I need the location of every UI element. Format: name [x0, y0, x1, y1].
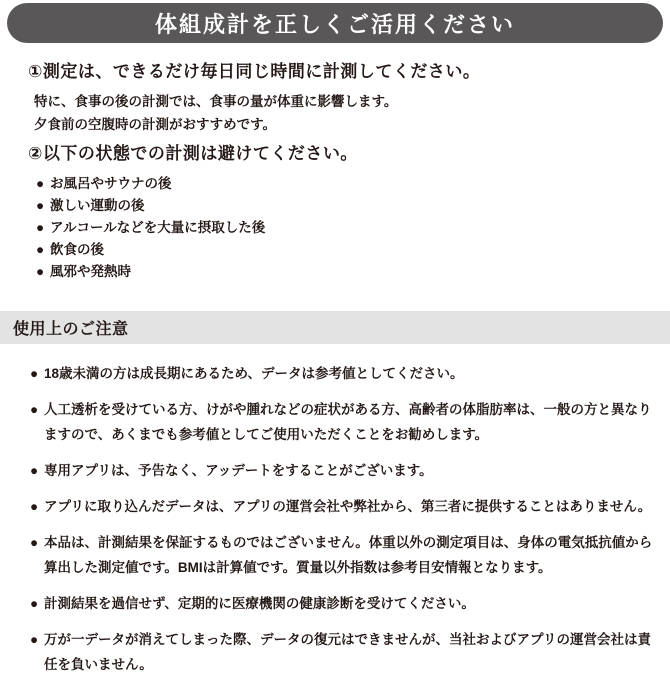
note-text: 夕食前の空腹時の計測がおすすめです。	[34, 117, 276, 132]
usage-guide-section: ①測定は、できるだけ毎日同じ時間に計測してください。 特に、食事の後の計測では、…	[0, 43, 670, 283]
step-2: ②以下の状態での計測は避けてください。 ● お風呂やサウナの後 ● 激しい運動の…	[28, 144, 650, 282]
list-item-text: アプリに取り込んだデータは、アプリの運営会社や弊社から、第三者に提供することはあ…	[44, 494, 656, 519]
step-1-heading: ①測定は、できるだけ毎日同じ時間に計測してください。	[28, 62, 650, 82]
list-item: ● アプリに取り込んだデータは、アプリの運営会社や弊社から、第三者に提供すること…	[30, 494, 656, 519]
page-title: 体組成計を正しくご活用ください	[155, 8, 515, 39]
bullet-icon: ●	[30, 397, 44, 422]
list-item-text: 本品は、計測結果を保証するものではございません。体重以外の測定項目は、身体の電気…	[44, 530, 656, 580]
precautions-bullet-list: ● 18歳未満の方は成長期にあるため、データは参考値としてください。 ● 人工透…	[0, 344, 670, 677]
list-item: ● アルコールなどを大量に摂取した後	[36, 217, 650, 239]
list-item: ● 万が一データが消えてしまった際、データの復元はできませんが、当社およびアプリ…	[30, 627, 656, 677]
list-item: ● 人工透析を受けている方、けがや腫れなどの症状がある方、高齢者の体脂肪率は、一…	[30, 397, 656, 447]
list-item-text: 専用アプリは、予告なく、アッデートをすることがございます。	[44, 458, 656, 483]
bullet-icon: ●	[36, 195, 50, 217]
bullet-icon: ●	[30, 361, 44, 386]
precautions-section: 使用上のご注意 ● 18歳未満の方は成長期にあるため、データは参考値としてくださ…	[0, 311, 670, 677]
bullet-icon: ●	[30, 591, 44, 616]
step-1-notes: 特に、食事の後の計測では、食事の量が体重に影響します。 夕食前の空腹時の計測がお…	[34, 90, 650, 136]
list-item-text: 飲食の後	[50, 239, 650, 261]
bullet-icon: ●	[30, 458, 44, 483]
list-item-text: 風邪や発熱時	[50, 261, 650, 283]
list-item: ● 計測結果を過信せず、定期的に医療機関の健康診断を受けてください。	[30, 591, 656, 616]
step-1: ①測定は、できるだけ毎日同じ時間に計測してください。 特に、食事の後の計測では、…	[28, 62, 650, 136]
list-item: ● 飲食の後	[36, 239, 650, 261]
page-title-banner: 体組成計を正しくご活用ください	[7, 3, 663, 43]
precautions-heading-band: 使用上のご注意	[0, 311, 670, 344]
list-item: ● お風呂やサウナの後	[36, 173, 650, 195]
note-line: 夕食前の空腹時の計測がおすすめです。	[34, 113, 650, 136]
step-2-heading: ②以下の状態での計測は避けてください。	[28, 144, 650, 164]
bullet-icon: ●	[30, 494, 44, 519]
bullet-icon: ●	[36, 261, 50, 283]
step-2-bullet-list: ● お風呂やサウナの後 ● 激しい運動の後 ● アルコールなどを大量に摂取した後	[36, 173, 650, 283]
list-item-text: 人工透析を受けている方、けがや腫れなどの症状がある方、高齢者の体脂肪率は、一般の…	[44, 397, 656, 447]
list-item-text: 万が一データが消えてしまった際、データの復元はできませんが、当社およびアプリの運…	[44, 627, 656, 677]
list-item-text: 計測結果を過信せず、定期的に医療機関の健康診断を受けてください。	[44, 591, 656, 616]
list-item-text: 激しい運動の後	[50, 195, 650, 217]
bullet-icon: ●	[30, 530, 44, 555]
list-item: ● 専用アプリは、予告なく、アッデートをすることがございます。	[30, 458, 656, 483]
note-line: 特に、食事の後の計測では、食事の量が体重に影響します。	[34, 90, 650, 113]
note-text: 特に、食事の後の計測では、食事の量が体重に影響します。	[34, 94, 397, 109]
list-item: ● 激しい運動の後	[36, 195, 650, 217]
bullet-icon: ●	[36, 239, 50, 261]
precautions-heading: 使用上のご注意	[13, 316, 129, 339]
list-item: ● 18歳未満の方は成長期にあるため、データは参考値としてください。	[30, 361, 656, 386]
list-item-text: 18歳未満の方は成長期にあるため、データは参考値としてください。	[44, 361, 656, 386]
list-item-text: アルコールなどを大量に摂取した後	[50, 217, 650, 239]
list-item: ● 風邪や発熱時	[36, 261, 650, 283]
manual-page: 体組成計を正しくご活用ください ①測定は、できるだけ毎日同じ時間に計測してくださ…	[0, 3, 670, 677]
list-item: ● 本品は、計測結果を保証するものではございません。体重以外の測定項目は、身体の…	[30, 530, 656, 580]
bullet-icon: ●	[36, 173, 50, 195]
list-item-text: お風呂やサウナの後	[50, 173, 650, 195]
bullet-icon: ●	[30, 627, 44, 652]
bullet-icon: ●	[36, 217, 50, 239]
